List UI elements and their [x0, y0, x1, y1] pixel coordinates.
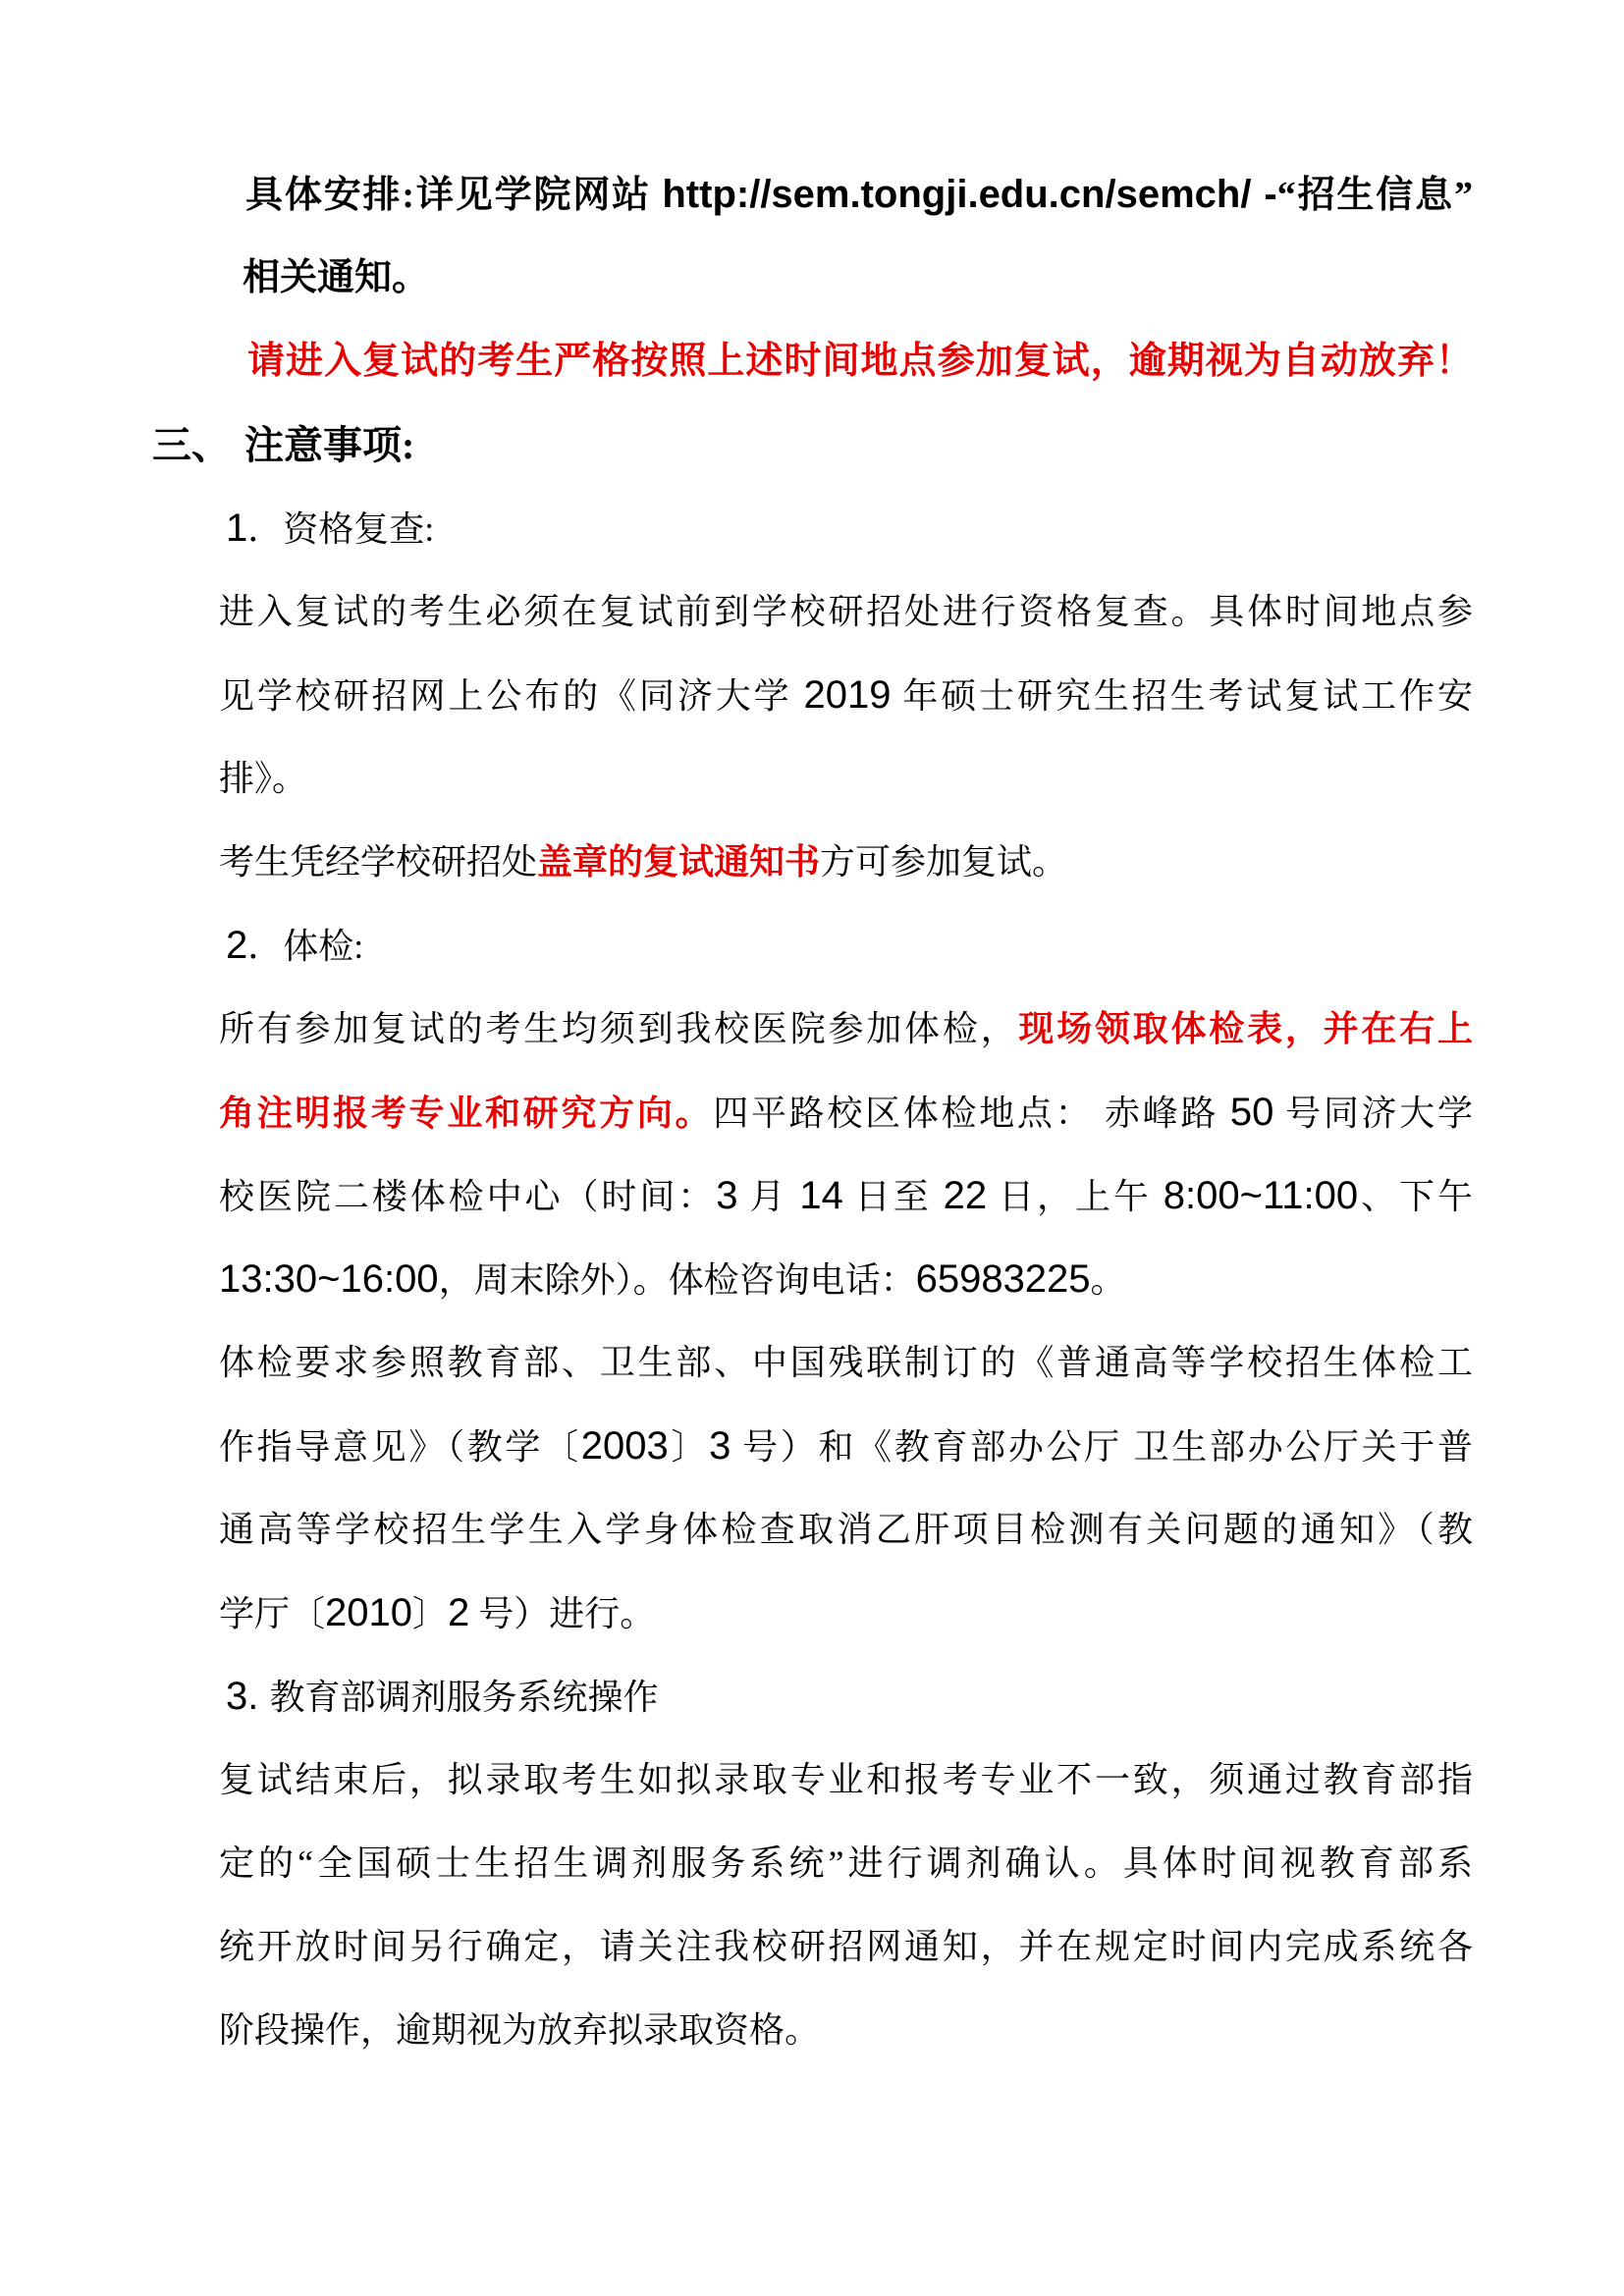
body-line: 所有参加复试的考生均须到我校医院参加体检，现场领取体检表，并在右上 — [219, 988, 1473, 1071]
text-segment: “招生信息” — [1277, 175, 1473, 216]
stamped-notice-emphasis: 盖章的复试通知书 — [537, 842, 820, 881]
text-segment: 日，上午 — [987, 1177, 1164, 1216]
item-title: ．体检: — [247, 927, 363, 966]
text-segment: 考生凭经学校研招处 — [219, 842, 537, 881]
text-segment: 四平路校区体检地点： 赤峰路 — [713, 1094, 1230, 1133]
body-line: 统开放时间另行确定，请关注我校研招网通知，并在规定时间内完成系统各 — [219, 1905, 1473, 1989]
text-segment: 复试结束后，拟录取考生如拟录取专业和报考专业不一致，须通过教育部指 — [219, 1760, 1473, 1799]
text-segment: 3 — [709, 1424, 731, 1468]
item-number: 1 — [226, 507, 247, 550]
text-segment: 〕 — [669, 1427, 709, 1467]
item-1-heading: 1．资格复查: — [226, 487, 1473, 570]
section-title: 注意事项: — [244, 423, 414, 467]
item-number: 3. — [226, 1675, 269, 1718]
text-segment: 月 — [738, 1177, 800, 1216]
text-segment: 号）进行。 — [469, 1594, 655, 1633]
body-line: 作指导意见》（教学〔2003〕3 号）和《教育部办公厅 卫生部办公厅关于普 — [219, 1405, 1473, 1488]
text-segment: 2010 — [325, 1591, 412, 1634]
text-segment: 体检要求参照教育部、卫生部、中国残联制订的《普通高等学校招生体检工 — [219, 1343, 1473, 1382]
body-line: 角注明报考专业和研究方向。四平路校区体检地点： 赤峰路 50 号同济大学 — [219, 1071, 1473, 1154]
warning-line: 请进入复试的考生严格按照上述时间地点参加复试，逾期视为自动放弃！ — [247, 320, 1473, 403]
text-segment: 角注明报考专业和研究方向。 — [219, 1094, 713, 1133]
body-line: 复试结束后，拟录取考生如拟录取专业和报考专业不一致，须通过教育部指 — [219, 1738, 1473, 1822]
item-title: ．资格复查: — [247, 509, 434, 549]
text-segment: 13:30~16:00 — [219, 1257, 439, 1301]
text-segment: 年硕士研究生招生考试复试工作安 — [891, 676, 1473, 716]
body-line: 体检要求参照教育部、卫生部、中国残联制订的《普通高等学校招生体检工 — [219, 1321, 1473, 1405]
text-segment: 校医院二楼体检中心（时间： — [219, 1177, 716, 1216]
text-segment: 进入复试的考生必须在复试前到学校研招处进行资格复查。具体时间地点参 — [219, 592, 1473, 631]
text-segment: 22 — [944, 1174, 988, 1217]
body-line: 学厅〔2010〕2 号）进行。 — [219, 1572, 1473, 1655]
section-number: 三、 — [152, 403, 244, 487]
text-segment: 号）和《教育部办公厅 卫生部办公厅关于普 — [731, 1427, 1473, 1467]
text-segment: 相关通知。 — [243, 257, 429, 298]
text-segment: 具体安排:详见学院网站 — [245, 175, 662, 216]
text-segment: 学厅〔 — [219, 1594, 325, 1633]
text-segment: 14 — [799, 1174, 843, 1217]
text-segment: 〕 — [412, 1594, 448, 1633]
document-lines: 具体安排:详见学院网站 http://sem.tongji.edu.cn/sem… — [152, 153, 1473, 2072]
text-segment: 50 — [1230, 1091, 1274, 1134]
item-number: 2 — [226, 924, 247, 967]
document-page: 具体安排:详见学院网站 http://sem.tongji.edu.cn/sem… — [0, 0, 1624, 2296]
text-segment: 定的“全国硕士生招生调剂服务系统”进行调剂确认。具体时间视教育部系 — [219, 1843, 1473, 1883]
item-3-heading: 3. 教育部调剂服务系统操作 — [226, 1655, 1473, 1738]
body-line: 排》。 — [219, 737, 1473, 821]
text-segment: 通高等学校招生学生入学身体检查取消乙肝项目检测有关问题的通知》（教 — [219, 1510, 1473, 1549]
website-url: http://sem.tongji.edu.cn/semch/ - — [662, 173, 1276, 216]
text-segment: 3 — [716, 1174, 737, 1217]
text-segment: 、下午 — [1358, 1177, 1473, 1216]
text-segment: 2003 — [581, 1424, 669, 1468]
text-segment: 现场领取体检表，并在右上 — [1018, 1009, 1473, 1048]
body-line: 13:30~16:00，周末除外）。体检咨询电话：65983225。 — [219, 1238, 1473, 1321]
text-segment: 方可参加复试。 — [820, 842, 1067, 881]
text-segment: 2 — [448, 1591, 469, 1634]
text-segment: 统开放时间另行确定，请关注我校研招网通知，并在规定时间内完成系统各 — [219, 1927, 1473, 1966]
arrangement-line-2: 相关通知。 — [243, 237, 1473, 320]
text-segment: 阶段操作，逾期视为放弃拟录取资格。 — [219, 2010, 820, 2050]
text-segment: 8:00~11:00 — [1164, 1174, 1358, 1217]
text-segment: 排》。 — [219, 759, 307, 798]
text-segment: 号同济大学 — [1273, 1094, 1473, 1133]
item-title: 教育部调剂服务系统操作 — [269, 1678, 658, 1717]
body-line: 见学校研招网上公布的《同济大学 2019 年硕士研究生招生考试复试工作安 — [219, 654, 1473, 737]
text-segment: 所有参加复试的考生均须到我校医院参加体检， — [219, 1009, 1018, 1048]
text-segment: 作指导意见》（教学〔 — [219, 1427, 581, 1467]
body-line: 通高等学校招生学生入学身体检查取消乙肝项目检测有关问题的通知》（教 — [219, 1488, 1473, 1572]
phone-number: 65983225 — [916, 1257, 1091, 1301]
body-line: 进入复试的考生必须在复试前到学校研招处进行资格复查。具体时间地点参 — [219, 570, 1473, 654]
text-segment: 日至 — [843, 1177, 944, 1216]
body-line: 校医院二楼体检中心（时间：3 月 14 日至 22 日，上午 8:00~11:0… — [219, 1154, 1473, 1238]
text-segment: 见学校研招网上公布的《同济大学 — [219, 676, 803, 716]
body-line: 考生凭经学校研招处盖章的复试通知书方可参加复试。 — [219, 821, 1473, 904]
body-line: 阶段操作，逾期视为放弃拟录取资格。 — [219, 1989, 1473, 2072]
section-heading: 三、注意事项: — [152, 403, 1473, 487]
arrangement-line-1: 具体安排:详见学院网站 http://sem.tongji.edu.cn/sem… — [245, 153, 1473, 237]
text-segment: 请进入复试的考生严格按照上述时间地点参加复试，逾期视为自动放弃！ — [247, 341, 1473, 382]
text-segment: 2019 — [803, 673, 891, 717]
body-line: 定的“全国硕士生招生调剂服务系统”进行调剂确认。具体时间视教育部系 — [219, 1822, 1473, 1905]
item-2-heading: 2．体检: — [226, 904, 1473, 988]
text-segment: ，周末除外）。体检咨询电话： — [439, 1260, 916, 1300]
text-segment: 。 — [1091, 1260, 1126, 1300]
